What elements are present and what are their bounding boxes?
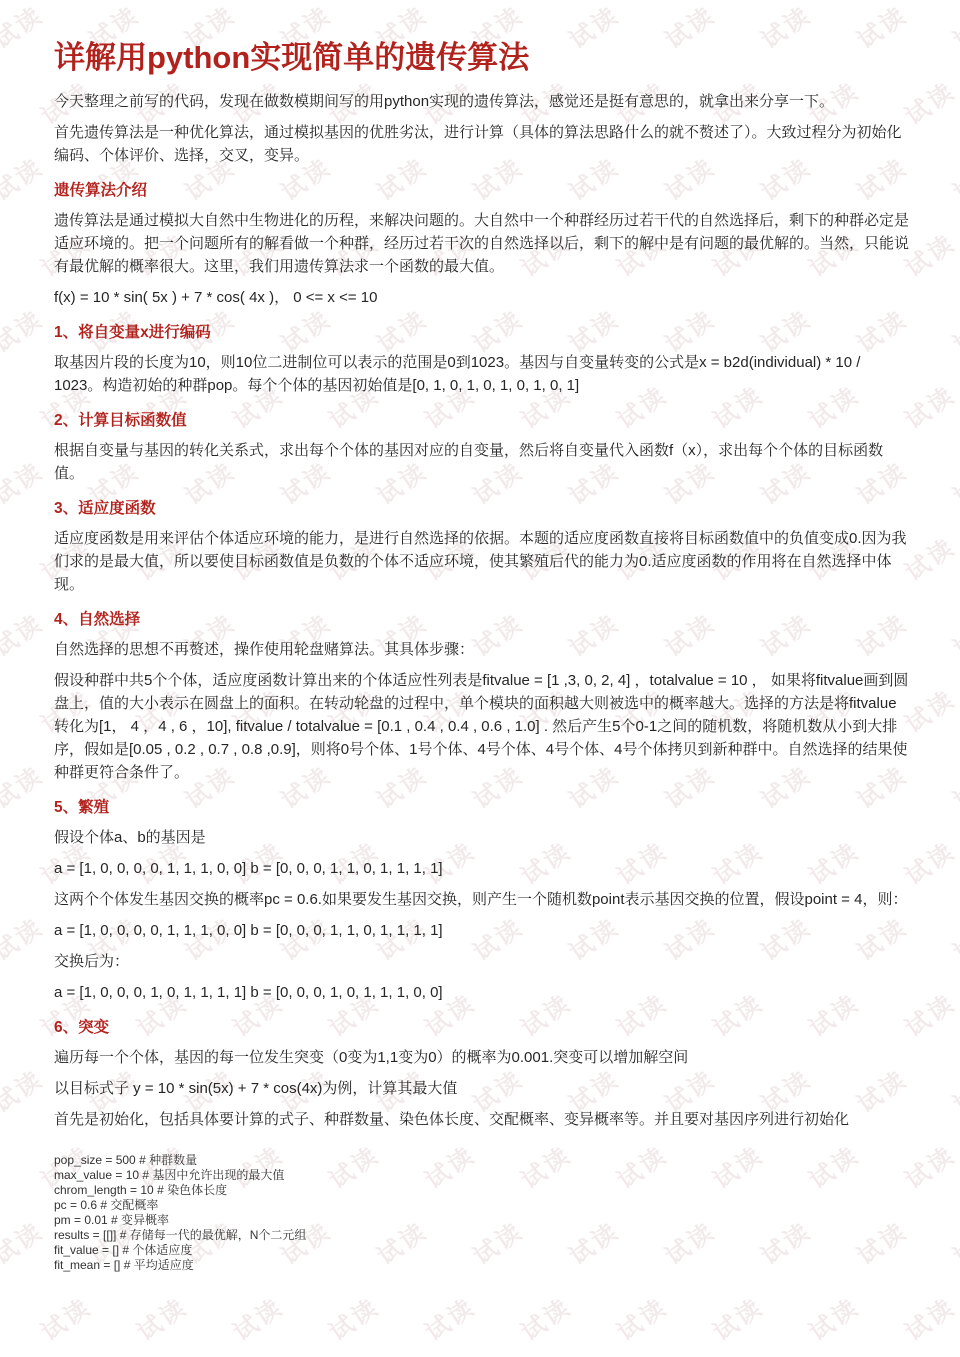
- article-body: 详解用python实现简单的遗传算法今天整理之前写的代码，发现在做数模期间写的用…: [54, 40, 910, 1273]
- watermark-text: 试读: [0, 300, 49, 360]
- formula-line: a = [1, 0, 0, 0, 0, 1, 1, 1, 0, 0] b = […: [54, 857, 910, 880]
- watermark-text: 试读: [0, 1060, 49, 1120]
- paragraph: 遗传算法是通过模拟大自然中生物进化的历程，来解决问题的。大自然中一个种群经历过若…: [54, 209, 910, 278]
- paragraph: 自然选择的思想不再赘述，操作使用轮盘赌算法。其具体步骤：: [54, 638, 910, 661]
- code-line: chrom_length = 10 # 染色体长度: [54, 1183, 910, 1198]
- paragraph: 交换后为：: [54, 950, 910, 973]
- watermark-text: 试读: [0, 0, 49, 55]
- watermark-text: 试读: [945, 756, 960, 816]
- code-line: results = [[]] # 存储每一代的最优解，N个二元组: [54, 1228, 910, 1243]
- code-line: pop_size = 500 # 种群数量: [54, 1153, 910, 1168]
- formula-line: f(x) = 10 * sin( 5x ) + 7 * cos( 4x )， 0…: [54, 286, 910, 309]
- paragraph: 今天整理之前写的代码，发现在做数模期间写的用python实现的遗传算法，感觉还是…: [54, 90, 910, 113]
- watermark-text: 试读: [705, 1288, 769, 1348]
- paragraph: 以目标式子 y = 10 * sin(5x) + 7 * cos(4x)为例，计…: [54, 1077, 910, 1100]
- watermark-text: 试读: [417, 1288, 481, 1348]
- paragraph: 取基因片段的长度为10，则10位二进制位可以表示的范围是0到1023。基因与自变…: [54, 351, 910, 397]
- watermark-text: 试读: [945, 908, 960, 968]
- paragraph: 遍历每一个个体，基因的每一位发生突变（0变为1,1变为0）的概率为0.001.突…: [54, 1046, 910, 1069]
- code-line: fit_mean = [] # 平均适应度: [54, 1258, 910, 1273]
- watermark-text: 试读: [0, 1212, 49, 1272]
- watermark-text: 试读: [945, 452, 960, 512]
- document-page: 试读试读试读试读试读试读试读试读试读试读试读试读试读试读试读试读试读试读试读试读…: [0, 0, 960, 1357]
- section-heading: 5、繁殖: [54, 798, 910, 818]
- section-heading: 3、适应度函数: [54, 499, 910, 519]
- section-heading: 2、计算目标函数值: [54, 411, 910, 431]
- code-line: fit_value = [] # 个体适应度: [54, 1243, 910, 1258]
- formula-line: a = [1, 0, 0, 0, 0, 1, 1, 1, 0, 0] b = […: [54, 919, 910, 942]
- section-heading: 4、自然选择: [54, 610, 910, 630]
- watermark-text: 试读: [0, 908, 49, 968]
- watermark-text: 试读: [945, 300, 960, 360]
- code-line: pc = 0.6 # 交配概率: [54, 1198, 910, 1213]
- watermark-text: 试读: [801, 1288, 865, 1348]
- paragraph: 根据自变量与基因的转化关系式，求出每个个体的基因对应的自变量，然后将自变量代入函…: [54, 439, 910, 485]
- watermark-text: 试读: [321, 1288, 385, 1348]
- paragraph: 首先是初始化，包括具体要计算的式子、种群数量、染色体长度、交配概率、变异概率等。…: [54, 1108, 910, 1131]
- section-heading: 1、将自变量x进行编码: [54, 323, 910, 343]
- watermark-text: 试读: [945, 1060, 960, 1120]
- watermark-text: 试读: [609, 1288, 673, 1348]
- paragraph: 首先遗传算法是一种优化算法，通过模拟基因的优胜劣汰，进行计算（具体的算法思路什么…: [54, 121, 910, 167]
- watermark-text: 试读: [0, 604, 49, 664]
- formula-line: a = [1, 0, 0, 0, 1, 0, 1, 1, 1, 1] b = […: [54, 981, 910, 1004]
- section-heading: 遗传算法介绍: [54, 181, 910, 201]
- watermark-text: 试读: [0, 148, 49, 208]
- watermark-text: 试读: [0, 756, 49, 816]
- watermark-text: 试读: [945, 0, 960, 55]
- code-line: max_value = 10 # 基因中允许出现的最大值: [54, 1168, 910, 1183]
- watermark-text: 试读: [225, 1288, 289, 1348]
- paragraph: 假设种群中共5个个体，适应度函数计算出来的个体适应性列表是fitvalue = …: [54, 669, 910, 784]
- code-line: pm = 0.01 # 变异概率: [54, 1213, 910, 1228]
- watermark-text: 试读: [945, 148, 960, 208]
- watermark-text: 试读: [513, 1288, 577, 1348]
- watermark-text: 试读: [897, 1288, 960, 1348]
- watermark-text: 试读: [0, 452, 49, 512]
- watermark-text: 试读: [945, 1212, 960, 1272]
- article-title: 详解用python实现简单的遗传算法: [54, 40, 910, 76]
- section-heading: 6、突变: [54, 1018, 910, 1038]
- watermark-text: 试读: [945, 604, 960, 664]
- watermark-text: 试读: [33, 1288, 97, 1348]
- code-block: pop_size = 500 # 种群数量max_value = 10 # 基因…: [54, 1153, 910, 1273]
- paragraph: 假设个体a、b的基因是: [54, 826, 910, 849]
- paragraph: 适应度函数是用来评估个体适应环境的能力，是进行自然选择的依据。本题的适应度函数直…: [54, 527, 910, 596]
- watermark-text: 试读: [129, 1288, 193, 1348]
- paragraph: 这两个个体发生基因交换的概率pc = 0.6.如果要发生基因交换，则产生一个随机…: [54, 888, 910, 911]
